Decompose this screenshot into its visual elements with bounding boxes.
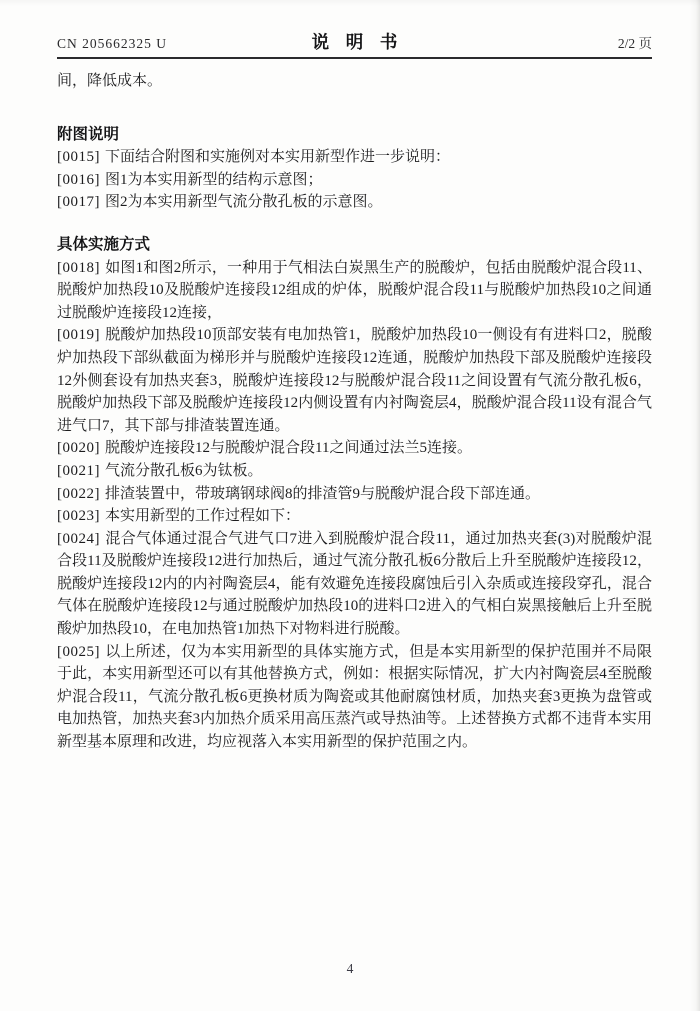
paragraph-text: 混合气体通过混合气进气口7进入到脱酸炉混合段11，通过加热夹套(3)对脱酸炉混合… xyxy=(57,531,652,637)
section-gap xyxy=(57,93,652,124)
paragraph-number: [0022] xyxy=(57,483,103,506)
section-gap xyxy=(57,214,652,234)
paragraph-0022: [0022]排渣装置中，带玻璃钢球阀8的排渣管9与脱酸炉混合段下部连通。 xyxy=(57,483,652,506)
paragraph-number: [0017] xyxy=(57,191,103,214)
page-indicator: 2/2 页 xyxy=(618,32,652,52)
paragraph-number: [0019] xyxy=(57,324,103,347)
paragraph-0015: [0015]下面结合附图和实施例对本实用新型作进一步说明： xyxy=(57,146,652,169)
paragraph-text: 图1为本实用新型的结构示意图； xyxy=(105,172,323,188)
paragraph-0019: [0019]脱酸炉加热段10顶部安装有电加热管1，脱酸炉加热段10一侧设有有进料… xyxy=(57,324,652,437)
page-footer: 4 xyxy=(0,961,700,977)
page-number: 4 xyxy=(347,961,354,976)
paragraph-text: 下面结合附图和实施例对本实用新型作进一步说明： xyxy=(105,149,450,165)
paragraph-text: 本实用新型的工作过程如下： xyxy=(105,508,300,524)
paragraph-0024: [0024]混合气体通过混合气进气口7进入到脱酸炉混合段11，通过加热夹套(3)… xyxy=(57,528,652,641)
paragraph-text: 以上所述，仅为本实用新型的具体实施方式，但是本实用新型的保护范围并不局限于此，本… xyxy=(57,644,652,750)
paragraph-text: 脱酸炉加热段10顶部安装有电加热管1，脱酸炉加热段10一侧设有有进料口2，脱酸炉… xyxy=(57,327,652,433)
page-header: CN 205662325 U 说明书 2/2 页 xyxy=(57,30,652,54)
paragraph-0021: [0021]气流分散孔板6为钛板。 xyxy=(57,460,652,483)
paragraph-number: [0023] xyxy=(57,505,103,528)
paragraph-text: 如图1和图2所示，一种用于气相法白炭黑生产的脱酸炉，包括由脱酸炉混合段11、脱酸… xyxy=(57,260,652,321)
paragraph-0017: [0017]图2为本实用新型气流分散孔板的示意图。 xyxy=(57,191,652,214)
paragraph-number: [0015] xyxy=(57,146,103,169)
paragraph-number: [0018] xyxy=(57,257,103,280)
paragraph-0016: [0016]图1为本实用新型的结构示意图； xyxy=(57,169,652,192)
paragraph-number: [0016] xyxy=(57,169,103,192)
paragraph-text: 气流分散孔板6为钛板。 xyxy=(105,463,263,479)
section-heading-embodiments: 具体实施方式 xyxy=(57,234,652,257)
paragraph-0020: [0020]脱酸炉连接段12与脱酸炉混合段11之间通过法兰5连接。 xyxy=(57,437,652,460)
paragraph-text: 图2为本实用新型气流分散孔板的示意图。 xyxy=(105,194,383,210)
continuation-text: 间，降低成本。 xyxy=(57,70,652,93)
paragraph-0023: [0023]本实用新型的工作过程如下： xyxy=(57,505,652,528)
paragraph-0025: [0025]以上所述，仅为本实用新型的具体实施方式，但是本实用新型的保护范围并不… xyxy=(57,641,652,754)
document-body: 间，降低成本。 附图说明 [0015]下面结合附图和实施例对本实用新型作进一步说… xyxy=(57,70,652,754)
paragraph-number: [0024] xyxy=(57,528,103,551)
document-title: 说明书 xyxy=(57,29,669,54)
patent-specification-page: CN 205662325 U 说明书 2/2 页 间，降低成本。 附图说明 [0… xyxy=(0,0,700,1011)
section-heading-figure-description: 附图说明 xyxy=(57,124,652,147)
paragraph-text: 脱酸炉连接段12与脱酸炉混合段11之间通过法兰5连接。 xyxy=(105,440,472,456)
paragraph-number: [0021] xyxy=(57,460,103,483)
paragraph-0018: [0018]如图1和图2所示，一种用于气相法白炭黑生产的脱酸炉，包括由脱酸炉混合… xyxy=(57,257,652,325)
paragraph-number: [0025] xyxy=(57,641,103,664)
paragraph-text: 排渣装置中，带玻璃钢球阀8的排渣管9与脱酸炉混合段下部连通。 xyxy=(105,486,540,502)
header-divider xyxy=(57,57,652,59)
paragraph-number: [0020] xyxy=(57,437,103,460)
